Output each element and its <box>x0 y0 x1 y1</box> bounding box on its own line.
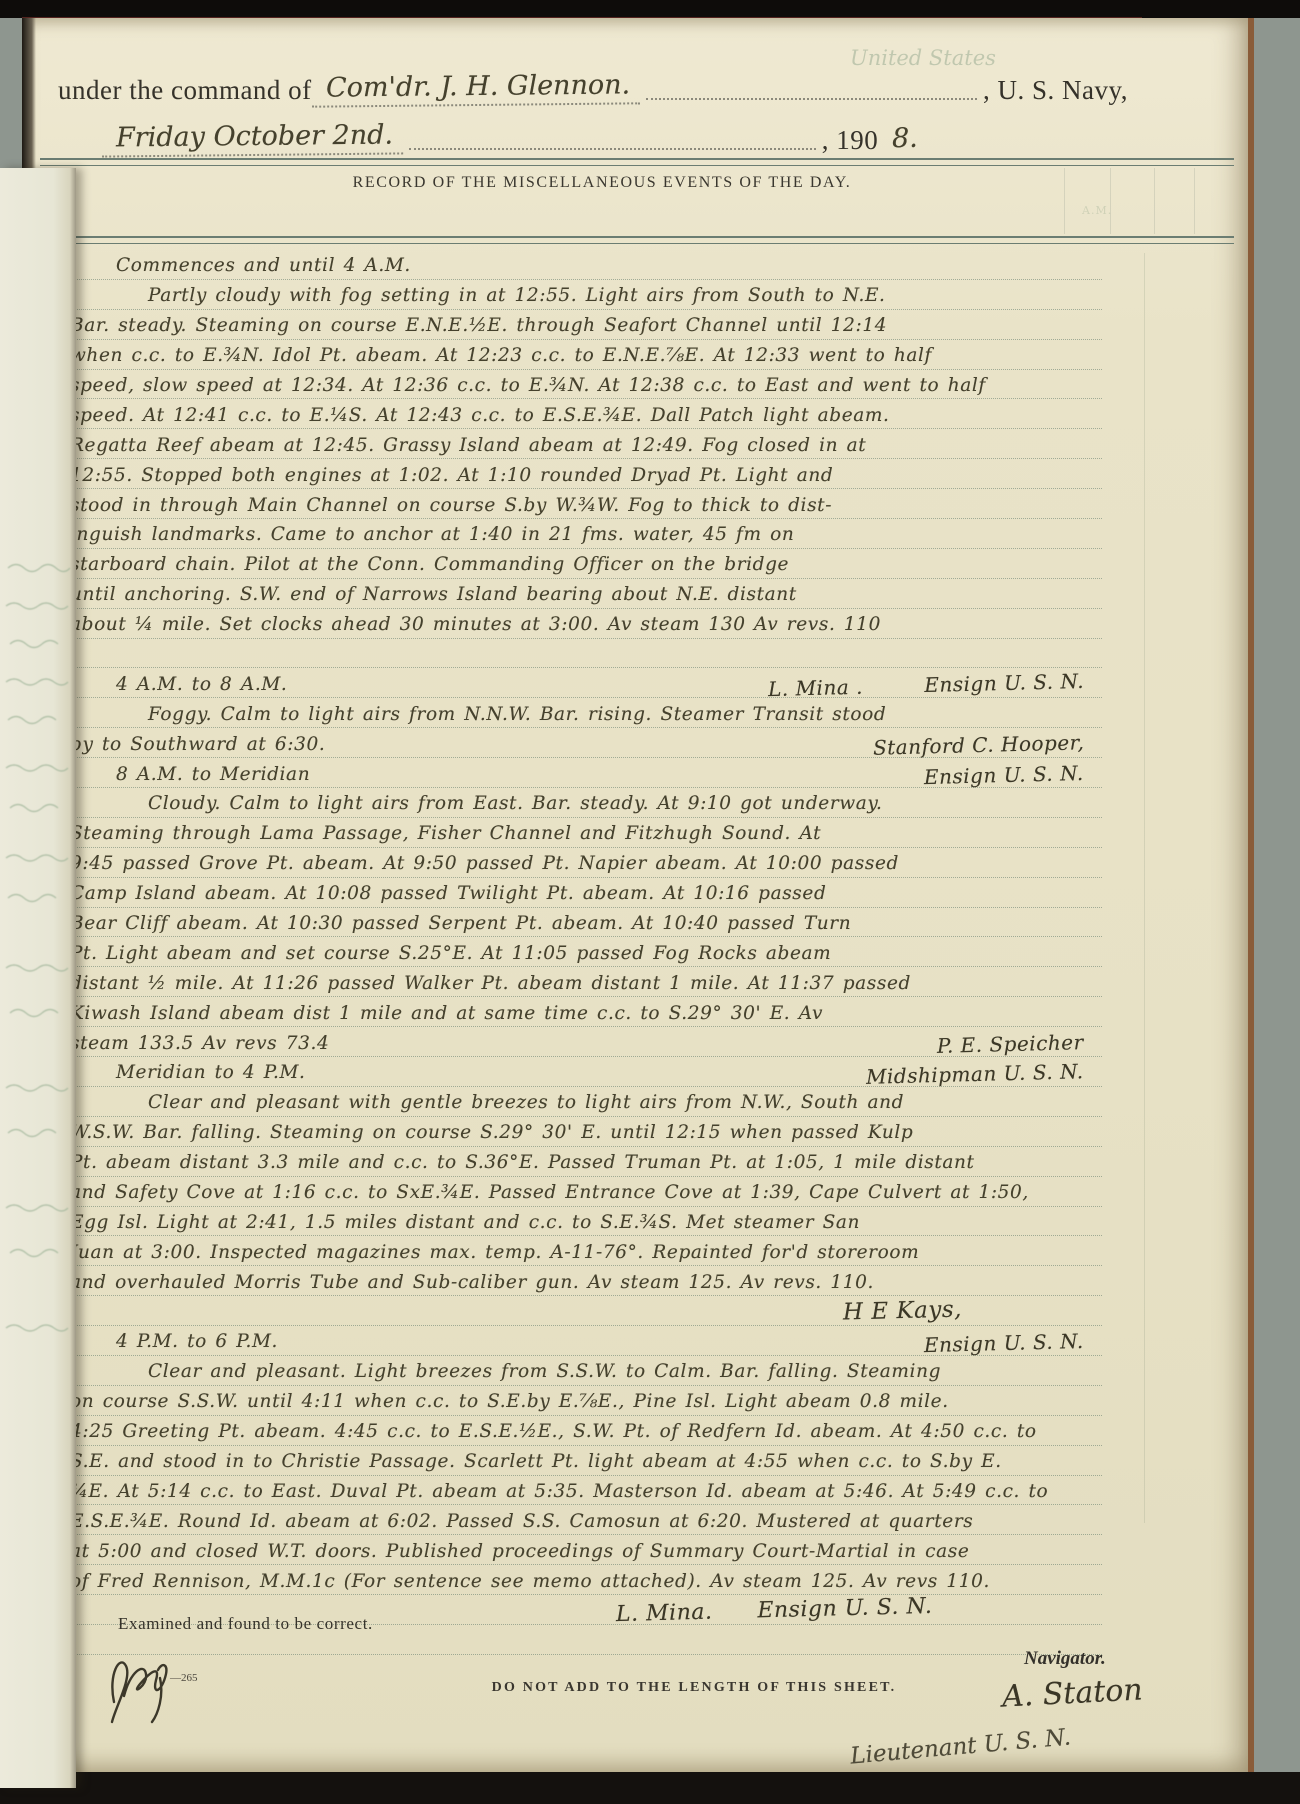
log-line-text: Bar. steady. Steaming on course E.N.E.½E… <box>70 317 887 339</box>
log-line: when c.c. to E.¾N. Idol Pt. abeam. At 12… <box>70 340 1102 370</box>
log-line-text: speed, slow speed at 12:34. At 12:36 c.c… <box>70 377 986 399</box>
log-line-text: distant ½ mile. At 11:26 passed Walker P… <box>70 975 911 997</box>
log-line-text: 4 A.M. to 8 A.M. <box>70 676 287 698</box>
photo-top-black-band <box>0 0 1300 18</box>
log-line: steam 133.5 Av revs 73.4 P. E. Speicher <box>70 1027 1102 1057</box>
signature-text: Ensign U. S. N. <box>924 763 1084 789</box>
showthrough-column-line <box>1064 168 1065 234</box>
log-line-text: E.S.E.¾E. Round Id. abeam at 6:02. Passe… <box>70 1513 973 1535</box>
page-crease-line <box>1144 253 1145 1523</box>
log-line-text: Partly cloudy with fog setting in at 12:… <box>70 287 886 309</box>
log-line: W.S.W. Bar. falling. Steaming on course … <box>70 1117 1102 1147</box>
log-line: 9:45 passed Grove Pt. abeam. At 9:50 pas… <box>70 848 1102 878</box>
log-line <box>70 639 1102 669</box>
log-line: E.S.E.¾E. Round Id. abeam at 6:02. Passe… <box>70 1505 1102 1535</box>
log-line-text: Kiwash Island abeam dist 1 mile and at s… <box>70 1005 823 1027</box>
log-line: 4:25 Greeting Pt. abeam. 4:45 c.c. to E.… <box>70 1416 1102 1446</box>
log-line: Bear Cliff abeam. At 10:30 passed Serpen… <box>70 908 1102 938</box>
showthrough-column-line <box>1154 168 1155 234</box>
log-line: Cloudy. Calm to light airs from East. Ba… <box>70 788 1102 818</box>
showthrough-script-scribbles <box>0 168 76 1788</box>
log-line-text: of Fred Rennison, M.M.1c (For sentence s… <box>70 1573 990 1595</box>
horizontal-double-rule <box>40 236 1234 244</box>
log-line-text: Regatta Reef abeam at 12:45. Grassy Isla… <box>70 437 866 459</box>
signature-text: H E Kays, <box>843 1299 963 1327</box>
log-line-text: Bear Cliff abeam. At 10:30 passed Serpen… <box>70 915 851 937</box>
log-line-text: W.S.W. Bar. falling. Steaming on course … <box>70 1124 913 1146</box>
signature-text: L. Mina . Ensign U. S. N. <box>768 671 1085 701</box>
signature-text: L. Mina. Ensign U. S. N. <box>615 1596 932 1628</box>
log-line-text: Clear and pleasant. Light breezes from S… <box>70 1363 941 1385</box>
log-line: and Safety Cove at 1:16 c.c. to SxE.¾E. … <box>70 1177 1102 1207</box>
log-line: Commences and until 4 A.M. <box>70 250 1102 280</box>
log-line-text: 9:45 passed Grove Pt. abeam. At 9:50 pas… <box>70 855 899 877</box>
log-line: distant ½ mile. At 11:26 passed Walker P… <box>70 967 1102 997</box>
log-line: 4 A.M. to 8 A.M. L. Mina . Ensign U. S. … <box>70 668 1102 698</box>
log-line: at 5:00 and closed W.T. doors. Published… <box>70 1535 1102 1565</box>
log-entries: Commences and until 4 A.M. Partly cloudy… <box>70 250 1102 1655</box>
log-line-text: speed. At 12:41 c.c. to E.¼S. At 12:43 c… <box>70 407 890 429</box>
navigator-label: Navigator. <box>1024 1648 1106 1670</box>
log-line: Pt. Light abeam and set course S.25°E. A… <box>70 937 1102 967</box>
log-line: and overhauled Morris Tube and Sub-calib… <box>70 1266 1102 1296</box>
log-line-text: Pt. Light abeam and set course S.25°E. A… <box>70 945 831 967</box>
showthrough-column-label: A.M. <box>1082 204 1112 217</box>
log-line-text: inguish landmarks. Came to anchor at 1:4… <box>70 526 794 548</box>
underlying-page-edge <box>0 168 76 1788</box>
log-line: speed, slow speed at 12:34. At 12:36 c.c… <box>70 370 1102 400</box>
log-line: until anchoring. S.W. end of Narrows Isl… <box>70 579 1102 609</box>
log-line-text: 4:25 Greeting Pt. abeam. 4:45 c.c. to E.… <box>70 1423 1037 1445</box>
signature-text: P. E. Speicher <box>937 1032 1084 1058</box>
log-line-text: Steaming through Lama Passage, Fisher Ch… <box>70 825 821 847</box>
log-line: 8 A.M. to Meridian Ensign U. S. N. <box>70 758 1102 788</box>
signature-text: Stanford C. Hooper, <box>872 732 1084 760</box>
log-line: Meridian to 4 P.M. Midshipman U. S. N. <box>70 1057 1102 1087</box>
log-line-text: starboard chain. Pilot at the Conn. Comm… <box>70 556 789 578</box>
log-line: Juan at 3:00. Inspected magazines max. t… <box>70 1236 1102 1266</box>
year-printed: , 190 <box>822 125 879 156</box>
log-line: Camp Island abeam. At 10:08 passed Twili… <box>70 878 1102 908</box>
log-line-text: until anchoring. S.W. end of Narrows Isl… <box>70 586 797 608</box>
log-line-text: Meridian to 4 P.M. <box>70 1064 306 1086</box>
showthrough-text: United States <box>850 46 996 70</box>
binding-gutter-shadow <box>22 18 36 170</box>
log-line-text: 12:55. Stopped both engines at 1:02. At … <box>70 467 833 489</box>
log-line-text: and Safety Cove at 1:16 c.c. to SxE.¾E. … <box>70 1184 1029 1206</box>
log-line-text: and overhauled Morris Tube and Sub-calib… <box>70 1274 874 1296</box>
log-line: Pt. abeam distant 3.3 mile and c.c. to S… <box>70 1147 1102 1177</box>
log-line: starboard chain. Pilot at the Conn. Comm… <box>70 549 1102 579</box>
log-line: Kiwash Island abeam dist 1 mile and at s… <box>70 997 1102 1027</box>
log-line: Clear and pleasant with gentle breezes t… <box>70 1087 1102 1117</box>
date-line: Friday October 2nd. , 190 8. <box>102 114 1128 156</box>
log-line-text: at 5:00 and closed W.T. doors. Published… <box>70 1543 969 1565</box>
signature-text: Midshipman U. S. N. <box>866 1061 1084 1089</box>
log-line: ¾E. At 5:14 c.c. to East. Duval Pt. abea… <box>70 1476 1102 1506</box>
navigator-rank: Lieutenant U. S. N. <box>849 1724 1072 1769</box>
log-line-text: 4 P.M. to 6 P.M. <box>70 1333 278 1355</box>
section-caption: RECORD OF THE MISCELLANEOUS EVENTS OF TH… <box>22 174 1182 192</box>
log-line-text: by to Southward at 6:30. <box>70 736 325 758</box>
log-line: Egg Isl. Light at 2:41, 1.5 miles distan… <box>70 1207 1102 1237</box>
showthrough-column-line <box>1110 168 1111 234</box>
log-line-text: 8 A.M. to Meridian <box>70 766 310 788</box>
log-line-text: when c.c. to E.¾N. Idol Pt. abeam. At 12… <box>70 347 932 369</box>
date-handwritten: Friday October 2nd. <box>102 119 403 157</box>
dotted-fill-line <box>409 147 816 150</box>
log-line-text: Cloudy. Calm to light airs from East. Ba… <box>70 795 882 817</box>
log-line-text: steam 133.5 Av revs 73.4 <box>70 1035 329 1057</box>
horizontal-double-rule <box>40 158 1234 166</box>
log-line: S.E. and stood in to Christie Passage. S… <box>70 1446 1102 1476</box>
showthrough-column-line <box>1194 168 1195 234</box>
photo-bottom-black-band <box>0 1772 1300 1804</box>
log-line: Clear and pleasant. Light breezes from S… <box>70 1356 1102 1386</box>
log-line-text: Egg Isl. Light at 2:41, 1.5 miles distan… <box>70 1214 860 1236</box>
log-line: speed. At 12:41 c.c. to E.¼S. At 12:43 c… <box>70 399 1102 429</box>
log-line: stood in through Main Channel on course … <box>70 489 1102 519</box>
log-line: Foggy. Calm to light airs from N.N.W. Ba… <box>70 698 1102 728</box>
dotted-fill-line <box>646 97 977 100</box>
log-line: Regatta Reef abeam at 12:45. Grassy Isla… <box>70 429 1102 459</box>
log-line: Bar. steady. Steaming on course E.N.E.½E… <box>70 310 1102 340</box>
log-line-text: Juan at 3:00. Inspected magazines max. t… <box>70 1244 919 1266</box>
log-line-text: about ¼ mile. Set clocks ahead 30 minute… <box>70 616 881 638</box>
examining-officer-initials-scribble <box>100 1644 196 1728</box>
commander-name-handwritten: Com'dr. J. H. Glennon. <box>312 69 640 107</box>
log-line: 12:55. Stopped both engines at 1:02. At … <box>70 459 1102 489</box>
log-line: 4 P.M. to 6 P.M. Ensign U. S. N. <box>70 1326 1102 1356</box>
year-handwritten: 8. <box>878 123 928 157</box>
log-line: Partly cloudy with fog setting in at 12:… <box>70 280 1102 310</box>
log-line-text: stood in through Main Channel on course … <box>70 497 832 519</box>
command-line-printed-suffix: , U. S. Navy, <box>983 75 1128 106</box>
log-line: on course S.S.W. until 4:11 when c.c. to… <box>70 1386 1102 1416</box>
signature-text: Ensign U. S. N. <box>924 1331 1084 1357</box>
log-line-text: Clear and pleasant with gentle breezes t… <box>70 1094 904 1116</box>
navigator-signature: A. Staton <box>1001 1672 1143 1714</box>
log-line-text: S.E. and stood in to Christie Passage. S… <box>70 1453 1002 1475</box>
log-line-text: on course S.S.W. until 4:11 when c.c. to… <box>70 1393 949 1415</box>
form-number: —265 <box>170 1672 198 1684</box>
log-line-text: ¾E. At 5:14 c.c. to East. Duval Pt. abea… <box>70 1483 1048 1505</box>
examined-statement: Examined and found to be correct. <box>118 1614 373 1634</box>
log-line: of Fred Rennison, M.M.1c (For sentence s… <box>70 1565 1102 1595</box>
do-not-add-notice: DO NOT ADD TO THE LENGTH OF THIS SHEET. <box>374 1680 1014 1696</box>
log-line-text: Camp Island abeam. At 10:08 passed Twili… <box>70 885 826 907</box>
log-line-text: Commences and until 4 A.M. <box>70 257 411 279</box>
log-line: about ¼ mile. Set clocks ahead 30 minute… <box>70 609 1102 639</box>
log-line: by to Southward at 6:30. Stanford C. Hoo… <box>70 728 1102 758</box>
command-line-printed-prefix: under the command of <box>58 75 312 106</box>
log-line-text: Foggy. Calm to light airs from N.N.W. Ba… <box>70 706 886 728</box>
log-line-text: Pt. abeam distant 3.3 mile and c.c. to S… <box>70 1154 975 1176</box>
log-line: Steaming through Lama Passage, Fisher Ch… <box>70 818 1102 848</box>
logbook-page: under the command of Com'dr. J. H. Glenn… <box>22 18 1254 1772</box>
log-line: H E Kays, <box>70 1296 1102 1326</box>
log-line: inguish landmarks. Came to anchor at 1:4… <box>70 519 1102 549</box>
